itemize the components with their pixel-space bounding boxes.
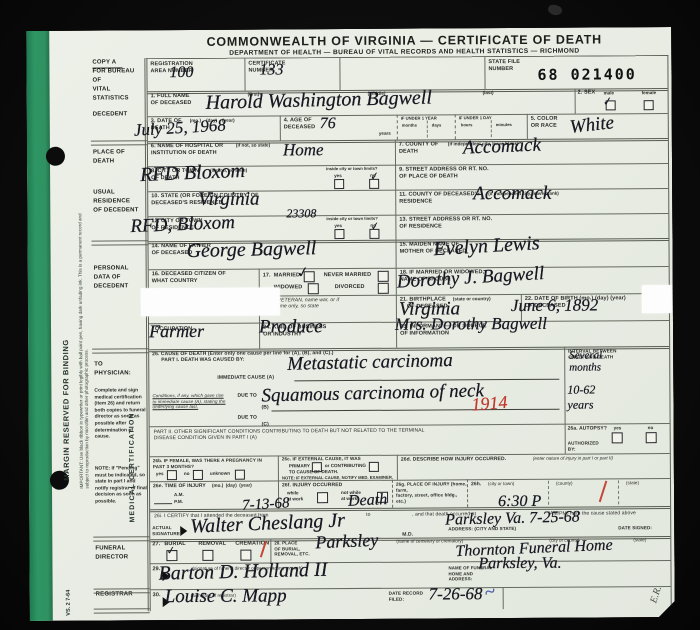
- divider: [491, 120, 492, 137]
- cause-b-line: [272, 408, 560, 412]
- county-of-death-label: 7. COUNTY OF DEATH: [399, 141, 439, 155]
- divider: [548, 481, 549, 505]
- hw-certificate-number: 133: [259, 61, 283, 79]
- how-injury-sublabel: (enter nature of injury in part I or par…: [533, 455, 613, 461]
- copy-for-label: FOR BUREAU OF VITAL STATISTICS: [92, 67, 144, 103]
- part2-label: PART II. OTHER SIGNIFICANT CONDITIONS CO…: [154, 428, 425, 442]
- burial-state-sublabel: (state): [633, 537, 646, 543]
- hw-registrar-signature: Louise C. Mapp: [165, 585, 287, 608]
- pregnancy-label: 26b. IF FEMALE, WAS THERE A PREGNANCY IN…: [153, 458, 262, 470]
- place-of-injury-label: 26g. PLACE OF INJURY (home, farm, factor…: [396, 481, 468, 504]
- date-filed-label: DATE RECORD FILED:: [389, 591, 424, 603]
- hw-age: 76: [320, 115, 336, 133]
- how-injury-label: 26d. DESCRIBE HOW INJURY OCCURRED.: [401, 456, 506, 463]
- divider: [618, 480, 619, 504]
- section-medical-certification: MEDICAL CERTIFICATION: [128, 332, 136, 522]
- pregnancy-no: no: [184, 471, 190, 477]
- hw-immediate-cause: Metastatic carcinoma: [287, 350, 453, 376]
- hw-county-of-death: Accomack: [463, 134, 542, 159]
- pregnancy-no-checkbox: [193, 470, 203, 480]
- autopsy-no-sublabel: no: [648, 425, 654, 431]
- pending-note: NOTE: If "Pending" must be indicated, so…: [95, 466, 149, 506]
- hw-city-of-death: RFD Bloxom: [140, 160, 246, 187]
- actual-signature-label: ACTUAL SIGNATURE: [152, 525, 180, 537]
- street-of-death-label: 9. STREET ADDRESS OR RT. NO. OF PLACE OF…: [399, 166, 489, 180]
- injury-county-sublabel: (county): [556, 481, 573, 487]
- marital-number: 17.: [263, 272, 271, 279]
- section-place-of-death: PLACE OF DEATH: [93, 148, 145, 166]
- hw-physician-address-date: Parksley Va. 7-25-68: [445, 508, 580, 529]
- removal-checkbox: [202, 550, 213, 561]
- section-divider: [94, 588, 150, 593]
- months-sublabel: months: [402, 123, 417, 128]
- limits2-no-checkmark: ✓: [370, 219, 381, 233]
- hw-attended-to: Death: [348, 491, 388, 511]
- hw-funeral-director-signature: Barton D. Holland II: [158, 559, 327, 586]
- hw-registration-area: 100: [169, 64, 193, 82]
- death-certificate-paper: MARGIN RESERVED FOR BINDING IMPORTANT: U…: [26, 27, 675, 621]
- full-name-label: 1. FULL NAME OF DECEASED: [151, 93, 192, 107]
- burial-checkmark: ✓: [165, 544, 176, 558]
- scanned-photo-background: { "titles": { "main": "COMMONWEALTH OF V…: [0, 0, 700, 630]
- to-cause-sublabel: TO CAUSE OF DEATH.: [289, 469, 338, 475]
- section-decedent: DECEDENT: [93, 110, 145, 119]
- photo-smudge: [547, 3, 564, 17]
- hw-zip-code: 23308: [286, 206, 316, 221]
- redaction-box: [141, 287, 280, 316]
- while-at-work-checkbox: [317, 492, 328, 503]
- last-sublabel: (last): [483, 90, 494, 96]
- hw-funeral-home-city: Parksley, Va.: [478, 555, 561, 574]
- certify-to-label: to: [366, 512, 370, 518]
- margin-binding-text: MARGIN RESERVED FOR BINDING: [60, 201, 71, 481]
- hw-father-name: George Bagwell: [186, 237, 316, 263]
- punch-hole-top: [46, 147, 65, 166]
- row-part2-autopsy: PART II. OTHER SIGNIFICANT CONDITIONS CO…: [150, 423, 670, 457]
- hw-date-filed: 7-26-68: [429, 584, 483, 604]
- age-label: 4. AGE OF DECEASED: [284, 117, 315, 131]
- cemetery-sublabel: (name of cemetery or crematory): [396, 538, 463, 544]
- pregnancy-unknown: unknown: [210, 471, 230, 477]
- hw-occupation: Farmer: [149, 321, 204, 342]
- binding-stripe: [26, 31, 53, 621]
- hw-state-of-residence: Virginia: [198, 189, 259, 211]
- place-of-burial-label: 28. PLACE OF BURIAL, REMOVAL, ETC.: [274, 540, 309, 557]
- hw-place-of-burial: Parksley: [315, 530, 379, 554]
- widowed-checkbox: [308, 283, 319, 294]
- state-file-label: STATE FILE NUMBER: [488, 59, 520, 73]
- never-married-checkbox: [378, 271, 389, 282]
- conditions-note: Conditions, if any, which gave rise to i…: [152, 393, 225, 410]
- pregnancy-yes-checkbox: [167, 470, 177, 480]
- citizen-label: 16. DECEASED CITIZEN OF WHAT COUNTRY: [152, 271, 226, 285]
- time-sublabels: (mo.) (day) (year): [212, 483, 252, 489]
- margin-form-number: VS. 2 7-64: [66, 571, 72, 616]
- street-residence-label: 13. STREET ADDRESS OR RT. NO. OF RESIDEN…: [399, 216, 492, 230]
- married-checkmark: ✓: [295, 262, 310, 282]
- hospital-label: 6. NAME OF HOSPITAL OR INSTITUTION OF DE…: [151, 143, 223, 157]
- am-sublabel: A.M.: [174, 492, 184, 498]
- limits-no-checkmark: ✓: [369, 169, 380, 183]
- hours-sublabel: hours: [461, 122, 473, 127]
- section-divider: [94, 608, 150, 613]
- autopsy-yes-sublabel: yes: [614, 425, 622, 431]
- hw-county-of-residence: Accomack: [473, 183, 551, 205]
- county-residence-label: 11. COUNTY OF DECEASED'S RESIDENCE: [399, 191, 480, 205]
- authorized-by-label: AUTHORIZED BY:: [568, 440, 599, 452]
- section-to-physician: TO PHYSICIAN:: [94, 360, 146, 378]
- section-funeral-director: FUNERAL DIRECTOR: [95, 544, 147, 562]
- part1-label: PART I. DEATH WAS CAUSED BY:: [161, 357, 244, 364]
- divorced-checkbox: [378, 283, 389, 294]
- under-1-year-label: IF UNDER 1 YEAR: [401, 115, 437, 120]
- pregnancy-unknown-checkbox: [235, 470, 245, 480]
- cremation-checkbox: [240, 550, 251, 561]
- divorced-label: DIVORCED: [335, 284, 365, 291]
- section-divider: [93, 536, 149, 541]
- color-race-label: 5. COLOR OR RACE: [531, 116, 558, 130]
- section-usual-residence: USUAL RESIDENCE OF DECEDENT: [93, 188, 145, 215]
- age-unit-label: years: [379, 131, 391, 137]
- due-to-b-label: DUE TO: [237, 393, 256, 399]
- hw-business: Produce: [259, 316, 323, 338]
- injury-occurred-label: 26f. INJURY OCCURRED: [282, 482, 342, 489]
- days-sublabel: days: [432, 122, 442, 127]
- autopsy-no-checkbox: [646, 432, 657, 443]
- autopsy-label: 26a. AUTOPSY?: [568, 425, 607, 431]
- redaction-box: [642, 285, 672, 313]
- hw-place-of-death-institution: Home: [283, 140, 324, 160]
- burial-number: 27.: [152, 541, 160, 548]
- hw-red-note-1914: 1914: [471, 392, 508, 416]
- yes-sublabel-2: yes: [334, 223, 342, 229]
- under-1-day-label: IF UNDER 1 DAY: [459, 115, 492, 120]
- sex-label: 2. SEX: [578, 90, 596, 97]
- male-checkmark: ✓: [602, 94, 614, 109]
- injury-location-number: 26h.: [471, 481, 481, 487]
- minutes-sublabel: minutes: [496, 122, 512, 127]
- yes-sublabel: yes: [334, 173, 342, 179]
- hw-city-of-residence: RFD, Bloxom: [130, 212, 235, 238]
- signature-arrow-icon: [180, 526, 187, 536]
- state-file-number-stamp: 68 021400: [537, 65, 636, 84]
- time-line: [154, 502, 172, 504]
- female-checkbox: [644, 100, 654, 110]
- hw-informant: Mrs. Dorothy Bagwell: [395, 314, 547, 335]
- primary-sublabel: PRIMARY: [289, 463, 310, 469]
- pregnancy-yes: yes: [156, 471, 164, 477]
- hw-time-of-death: 6:30 P: [498, 493, 541, 511]
- hw-interval-a: Several months: [569, 349, 602, 373]
- due-to-c-label: DUE TO: [238, 415, 257, 421]
- date-signed-label: DATE SIGNED:: [618, 525, 652, 531]
- contributing-sublabel: or CONTRIBUTING: [325, 463, 366, 469]
- limits-yes-checkbox: [334, 179, 344, 189]
- hospital-sublabel: (if not, so state): [236, 142, 270, 148]
- pm-sublabel: P.M.: [174, 499, 183, 505]
- limits2-yes-checkbox: [334, 229, 344, 239]
- never-married-label: NEVER MARRIED: [324, 272, 371, 279]
- time-of-injury-label: 26e. TIME OF INJURY: [153, 483, 206, 490]
- autopsy-yes-checkbox: [612, 432, 623, 443]
- section-divider: [91, 140, 147, 145]
- divider: [427, 121, 428, 138]
- injury-city-sublabel: (city or town): [488, 481, 514, 487]
- section-personal-data: PERSONAL DATA OF DECEDENT: [94, 264, 146, 291]
- female-sublabel: female: [642, 90, 657, 96]
- physician-note: Complete and sign medical certification …: [94, 388, 148, 441]
- section-divider: [92, 348, 148, 353]
- immediate-cause-label: IMMEDIATE CAUSE (A): [217, 374, 274, 381]
- registrar-number: 30.: [153, 592, 161, 599]
- injury-state-sublabel: (state): [626, 480, 639, 486]
- contributing-checkbox: [369, 462, 379, 472]
- section-divider: [91, 240, 147, 245]
- removal-label: REMOVAL: [198, 541, 226, 548]
- certificate-form: REGISTRATION AREA NUMBER CERTIFICATE NUM…: [144, 55, 671, 611]
- hw-interval-b: 10-62 years: [567, 383, 595, 413]
